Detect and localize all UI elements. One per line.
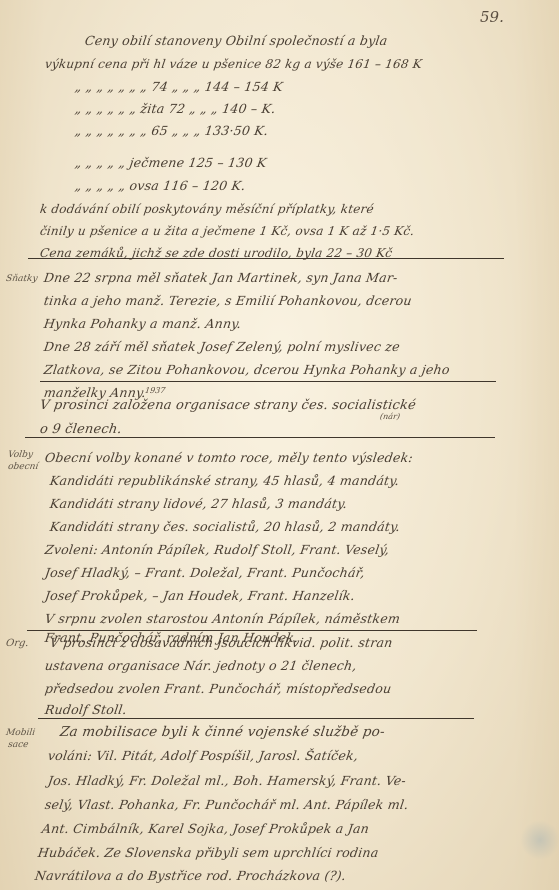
elections-line-3: Kandidáti strany lidové, 27 hlasů, 3 man… [49, 496, 348, 511]
prices-line-1: Ceny obilí stanoveny Obilní společností … [84, 33, 389, 48]
margin-label-weddings: Sňatky [5, 274, 38, 284]
section-divider [40, 381, 496, 382]
section-divider [27, 630, 477, 631]
margin-label-org: Org. [5, 638, 29, 649]
elections-line-1: Obecní volby konané v tomto roce, měly t… [44, 450, 414, 465]
page-number: 59. [480, 8, 504, 26]
elections-line-8: V srpnu zvolen starostou Antonín Pápílek… [44, 611, 401, 626]
weddings-line-2: tinka a jeho manž. Terezie, s Emilií Poh… [43, 293, 413, 308]
org-line-3: předsedou zvolen Frant. Punčochář, místo… [44, 681, 393, 696]
elections-line-4: Kandidáti strany čes. socialistů, 20 hla… [49, 519, 401, 534]
prices-line-4: „ „ „ „ „ „ žita 72 „ „ „ 140 – K. [74, 101, 277, 116]
weddings-line-3: Hynka Pohanky a manž. Anny. [43, 316, 242, 331]
margin-label-mobilisation: Mobili [5, 728, 35, 738]
year-annotation: 1937 [144, 386, 166, 395]
elections-line-2: Kandidáti republikánské strany, 45 hlasů… [49, 473, 400, 488]
section-divider [38, 718, 474, 719]
mobilisation-line-6: Hubáček. Ze Slovenska přibyli sem uprchl… [37, 845, 380, 860]
prices-line-2: výkupní cena při hl váze u pšenice 82 kg… [44, 57, 423, 71]
margin-label-mobilisation-2: sace [7, 740, 29, 750]
party-line-1: V prosinci založena organisace strany če… [39, 398, 417, 413]
party-subnote: (nár) [379, 412, 400, 421]
prices-line-3: „ „ „ „ „ „ „ 74 „ „ „ 144 – 154 K [74, 79, 284, 94]
elections-line-5: Zvoleni: Antonín Pápílek, Rudolf Stoll, … [44, 542, 390, 557]
section-divider [25, 437, 495, 438]
prices-line-5: „ „ „ „ „ „ „ 65 „ „ „ 133·50 K. [74, 123, 269, 138]
elections-line-7: Josef Prokůpek, – Jan Houdek, Frant. Han… [44, 588, 356, 603]
party-line-2: o 9 členech. [39, 422, 123, 437]
org-line-1: V prosinci z dosavadních jsoucích likvid… [49, 635, 394, 650]
mobilisation-line-5: Ant. Cimbálník, Karel Sojka, Josef Proků… [41, 821, 370, 836]
weddings-line-5: Zlatkova, se Zitou Pohankovou, dcerou Hy… [43, 362, 451, 377]
handwritten-chronicle-page: 59. Ceny obilí stanoveny Obilní společno… [0, 0, 559, 890]
mobilisation-line-1: Za mobilisace byli k činné vojenské služ… [59, 724, 386, 740]
margin-label-elections-2: obecní [7, 462, 39, 472]
margin-label-elections: Volby [7, 450, 33, 460]
section-divider [28, 258, 504, 259]
org-line-2: ustavena organisace Nár. jednoty o 21 čl… [44, 658, 358, 673]
mobilisation-line-4: selý, Vlast. Pohanka, Fr. Punčochář ml. … [44, 797, 410, 812]
mobilisation-line-3: Jos. Hladký, Fr. Doležal ml., Boh. Hamer… [47, 773, 407, 788]
mobilisation-line-7: Navrátilova a do Bystřice rod. Procházko… [34, 868, 347, 883]
prices-line-8: k dodávání obilí poskytovány měsíční pří… [39, 202, 375, 216]
prices-line-9: činily u pšenice a u žita a ječmene 1 Kč… [39, 224, 415, 238]
org-line-4: Rudolf Stoll. [44, 702, 128, 717]
elections-line-6: Josef Hladký, – Frant. Doležal, Frant. P… [44, 565, 366, 580]
mobilisation-line-2: voláni: Vil. Pitát, Adolf Pospíšil, Jaro… [47, 748, 359, 763]
prices-line-7: „ „ „ „ „ ovsa 116 – 120 K. [74, 178, 247, 193]
weddings-line-4: Dne 28 září měl sňatek Josef Zelený, pol… [43, 339, 401, 354]
prices-line-6: „ „ „ „ „ ječmene 125 – 130 K [74, 155, 268, 170]
weddings-line-1: Dne 22 srpna měl sňatek Jan Martinek, sy… [43, 270, 399, 285]
